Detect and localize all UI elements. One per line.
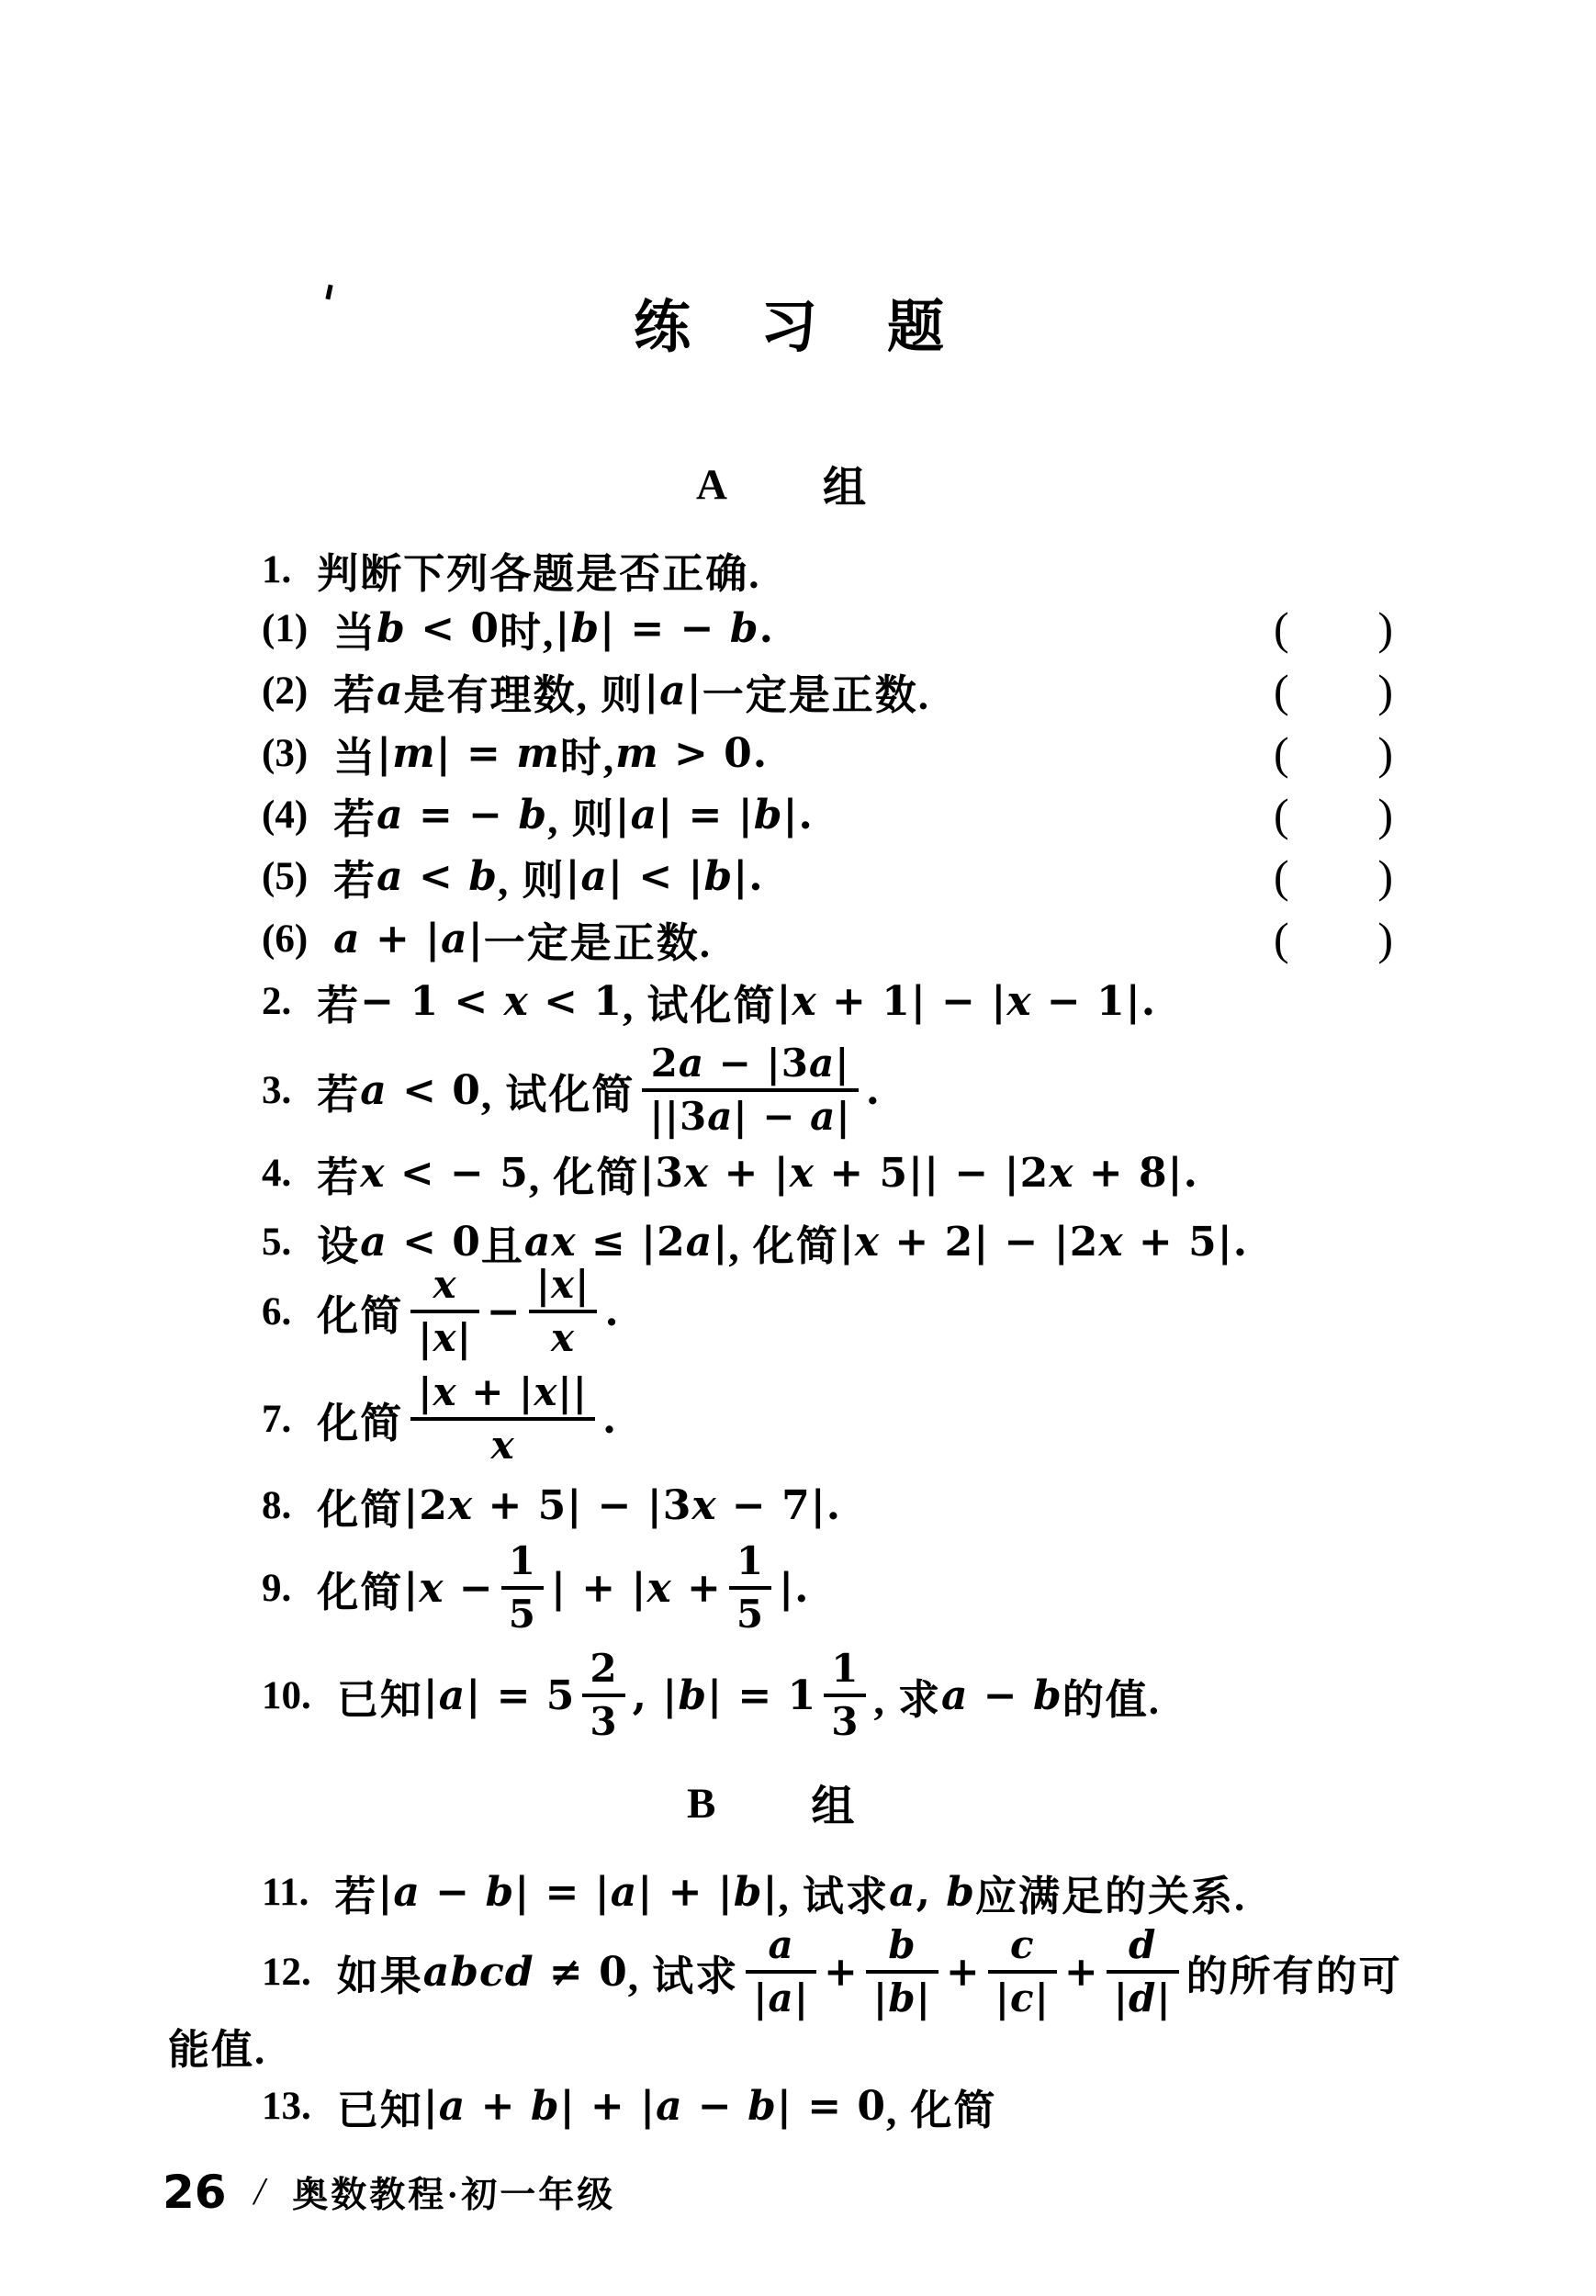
problem-content: 已知 |a + b| + |a − b| = 0, 化简 <box>337 2077 997 2136</box>
chinese-text: , 化简 <box>886 2077 997 2136</box>
book-title: 奥数教程·初一年级 <box>292 2167 615 2218</box>
fraction-bar <box>988 1970 1057 1974</box>
fraction-bar <box>866 1970 938 1974</box>
problem-line: 11.若 |a − b| = |a| + |b|, 试求 a, b 应满足的关系… <box>0 1861 1596 1923</box>
math-fraction: b|b| <box>866 1923 938 2020</box>
problem-line: 能值. <box>0 2014 1596 2077</box>
page-footer: 26 / 奥数教程·初一年级 <box>163 2166 615 2219</box>
chinese-text: , 试求 <box>779 1863 890 1922</box>
math-text: a, b <box>889 1869 975 1916</box>
problem-content: 如果 abcd ≠ 0, 试求 a|a| + b|b| + c|c| + d|d… <box>337 1923 1402 2020</box>
math-fraction: d|d| <box>1107 1923 1179 2020</box>
chinese-text: 能值. <box>168 2016 266 2076</box>
math-fraction: a|a| <box>746 1923 816 2020</box>
page-number: 26 <box>163 2166 227 2219</box>
fraction-numerator: c <box>1003 1923 1042 1967</box>
problem-number: 13. <box>262 2084 311 2129</box>
chinese-text: , 试求 <box>628 1942 739 2002</box>
problem-content: 若 |a − b| = |a| + |b|, 试求 a, b 应满足的关系. <box>334 1863 1246 1922</box>
chinese-text: 已知 <box>337 2077 423 2136</box>
math-fraction: c|c| <box>988 1923 1057 2020</box>
chinese-text: 的所有的可 <box>1186 1942 1402 2002</box>
chinese-text: 如果 <box>337 1942 423 2002</box>
math-text: + <box>946 1949 981 1996</box>
fraction-numerator: a <box>761 1923 802 1967</box>
footer-separator: / <box>254 2170 265 2214</box>
math-text: abcd ≠ 0 <box>423 1949 628 1996</box>
chinese-text: 应满足的关系. <box>975 1863 1246 1922</box>
fraction-numerator: d <box>1121 1923 1163 1967</box>
problem-number: 11. <box>262 1870 309 1915</box>
math-text: + <box>1064 1949 1099 1996</box>
problem-content: 能值. <box>168 2016 266 2076</box>
fraction-numerator: b <box>881 1923 923 1967</box>
book-page: 练习题 A 组 1.判断下列各题是否正确.(1)当 b < 0 时, |b| =… <box>0 0 1596 2296</box>
problem-line: 13.已知 |a + b| + |a − b| = 0, 化简 <box>0 2075 1596 2137</box>
fraction-bar <box>1107 1970 1179 1974</box>
problem-list-b: 11.若 |a − b| = |a| + |b|, 试求 a, b 应满足的关系… <box>0 0 1596 2296</box>
math-text: + <box>824 1949 859 1996</box>
problem-line: 12.如果 abcd ≠ 0, 试求 a|a| + b|b| + c|c| + … <box>0 1924 1596 2020</box>
problem-number: 12. <box>262 1950 311 1995</box>
chinese-text: 若 <box>334 1863 377 1922</box>
math-text: |a − b| = |a| + |b| <box>377 1869 778 1916</box>
math-text: |a + b| + |a − b| = 0 <box>423 2083 886 2130</box>
fraction-bar <box>746 1970 816 1974</box>
